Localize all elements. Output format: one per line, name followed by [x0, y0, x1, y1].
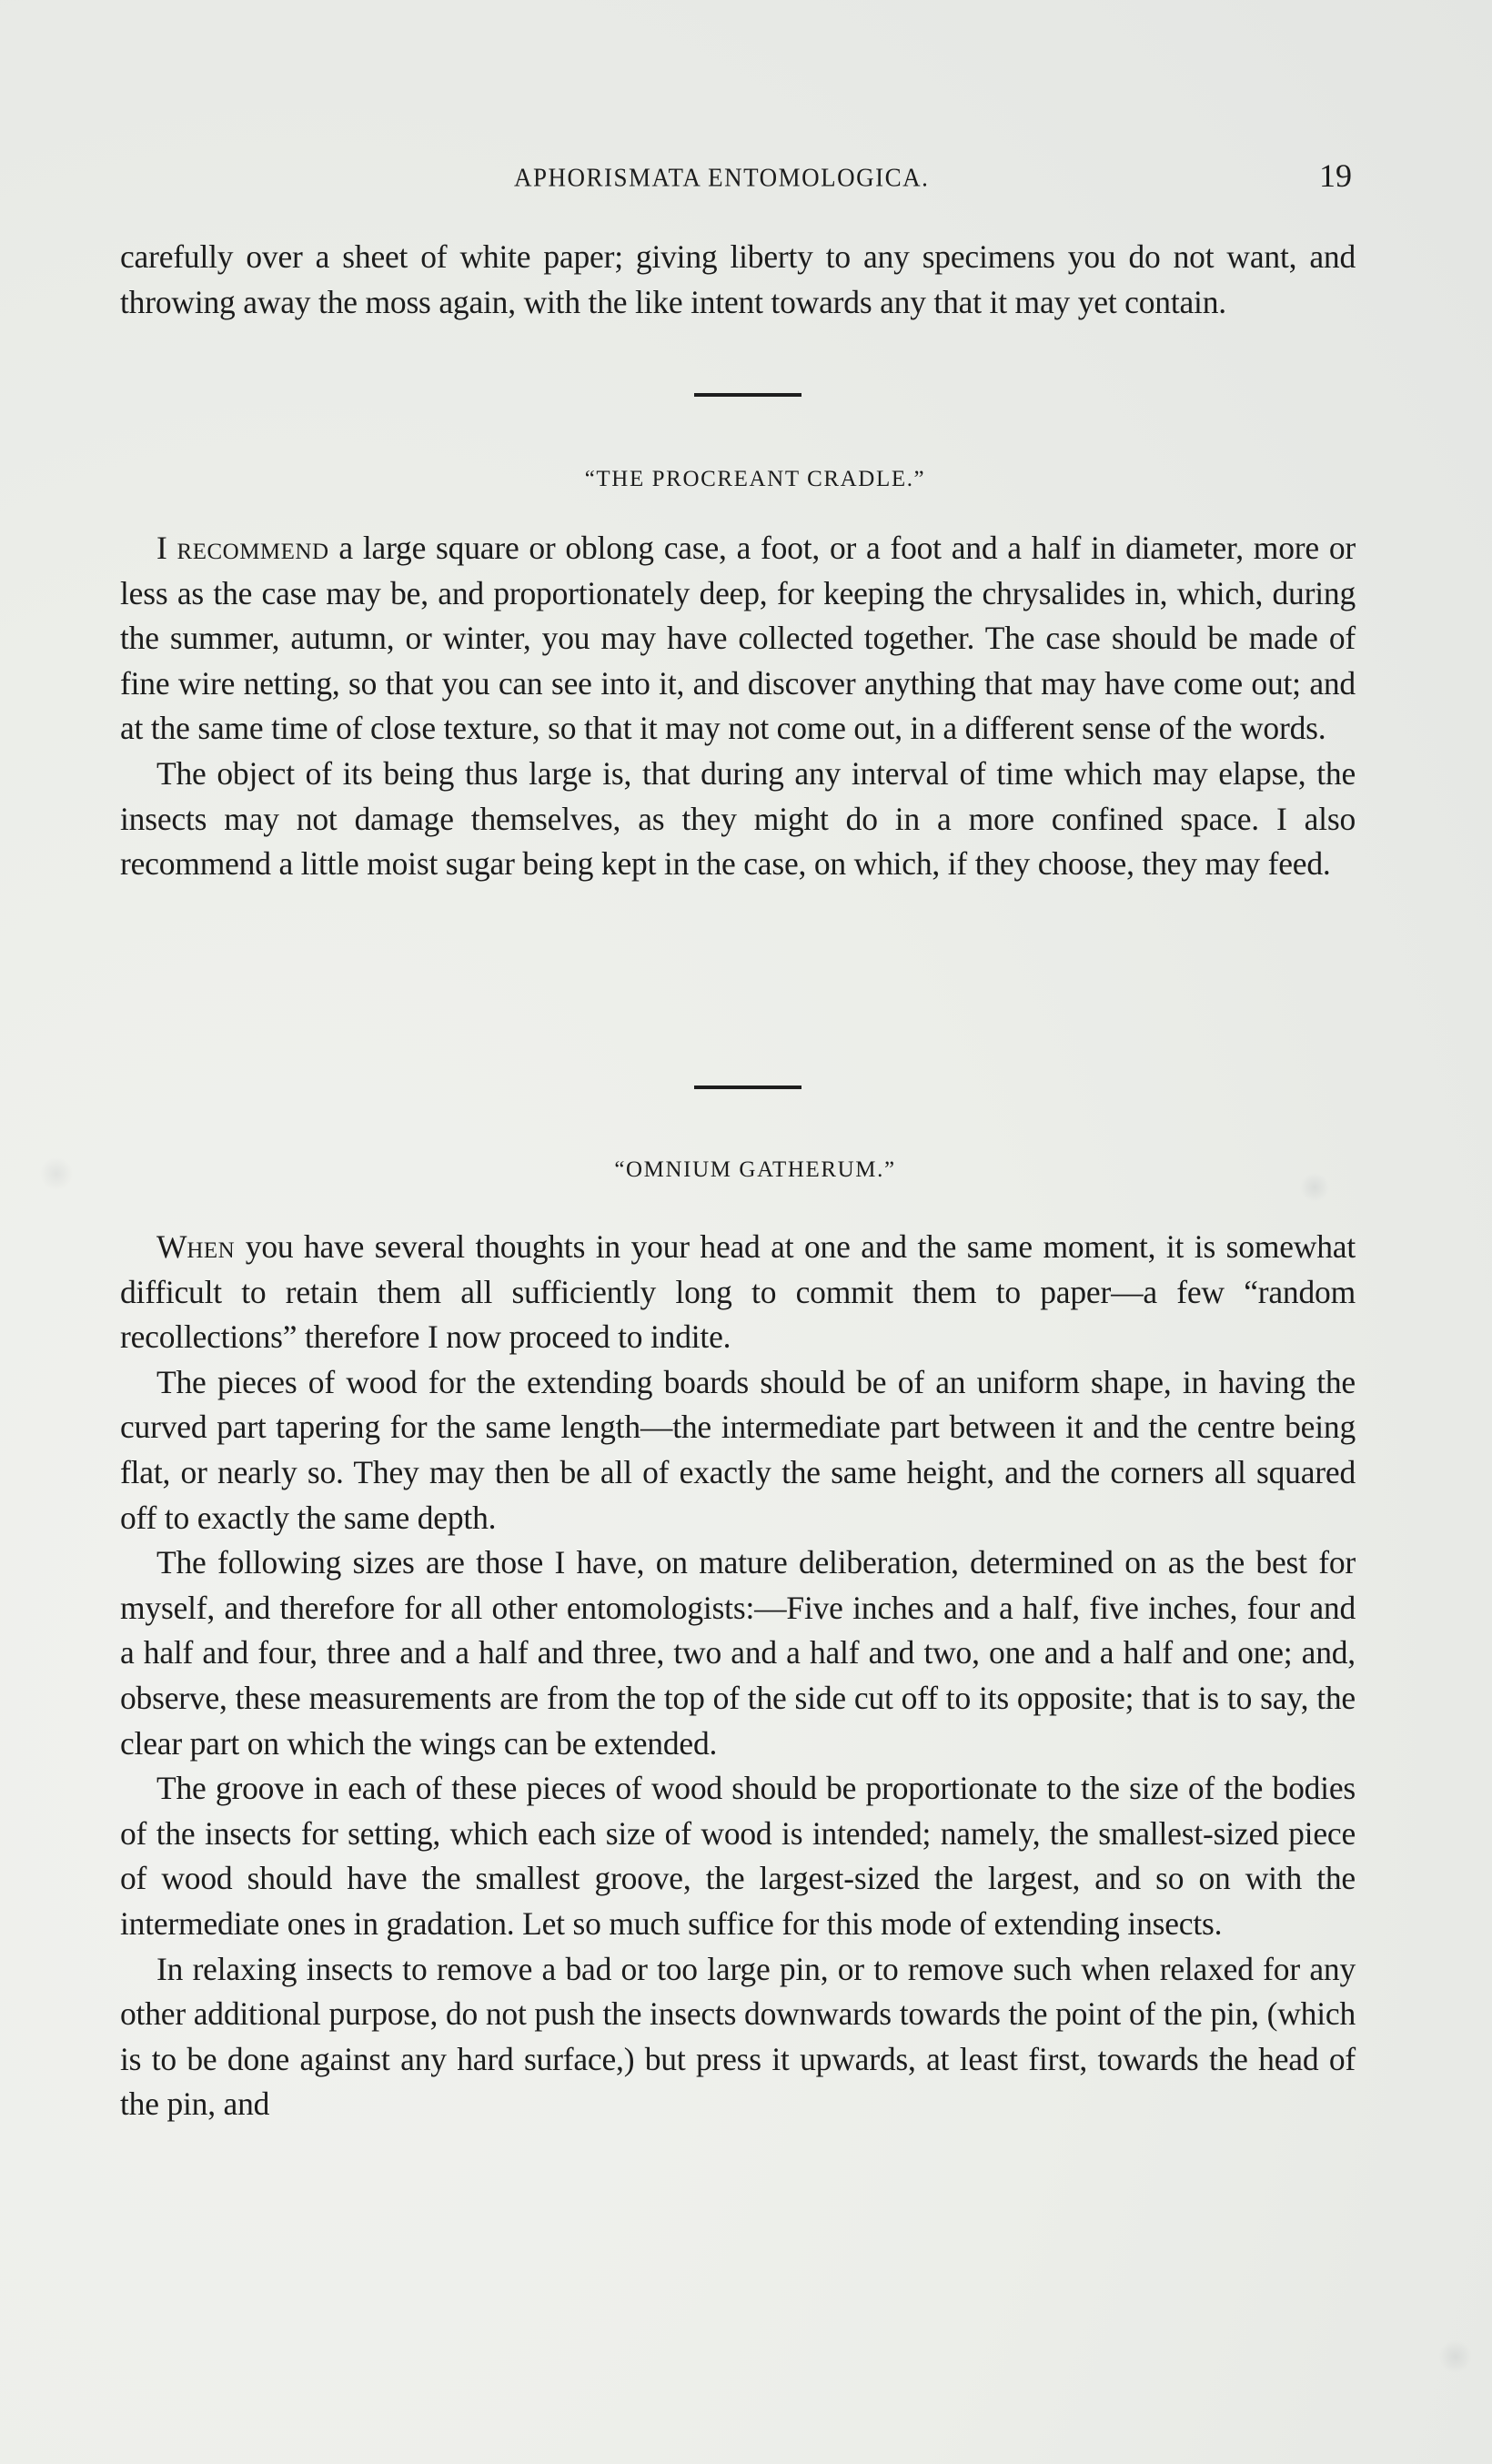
paragraph-text: you have several thoughts in your head a… — [120, 1228, 1356, 1355]
section-divider — [694, 393, 801, 397]
paragraph: In relaxing insects to remove a bad or t… — [120, 1947, 1356, 2127]
section-title-omnium-gatherum: “OMNIUM GATHERUM.” — [0, 1157, 1492, 1183]
section-procreant-cradle-body: I recommend a large square or oblong cas… — [120, 526, 1356, 887]
paragraph: The object of its being thus large is, t… — [120, 752, 1356, 887]
drop-initial: I — [156, 530, 167, 566]
book-page: APHORISMATA ENTOMOLOGICA. 19 carefully o… — [0, 0, 1492, 2464]
paragraph: The pieces of wood for the extending boa… — [120, 1360, 1356, 1540]
page-number: 19 — [1319, 157, 1352, 195]
small-caps-lead: recommend — [177, 530, 329, 566]
section-omnium-gatherum-body: When you have several thoughts in your h… — [120, 1225, 1356, 2127]
running-head: APHORISMATA ENTOMOLOGICA. — [514, 163, 929, 193]
intro-text: carefully over a sheet of white paper; g… — [120, 235, 1356, 325]
paragraph: The groove in each of these pieces of wo… — [120, 1766, 1356, 1946]
drop-initial: W — [156, 1228, 186, 1265]
paragraph: carefully over a sheet of white paper; g… — [120, 235, 1356, 325]
paragraph: The following sizes are those I have, on… — [120, 1540, 1356, 1766]
paragraph: I recommend a large square or oblong cas… — [120, 526, 1356, 752]
paragraph: When you have several thoughts in your h… — [120, 1225, 1356, 1360]
section-title-procreant-cradle: “THE PROCREANT CRADLE.” — [0, 467, 1492, 492]
section-divider — [694, 1086, 801, 1089]
small-caps-lead: hen — [186, 1228, 235, 1265]
